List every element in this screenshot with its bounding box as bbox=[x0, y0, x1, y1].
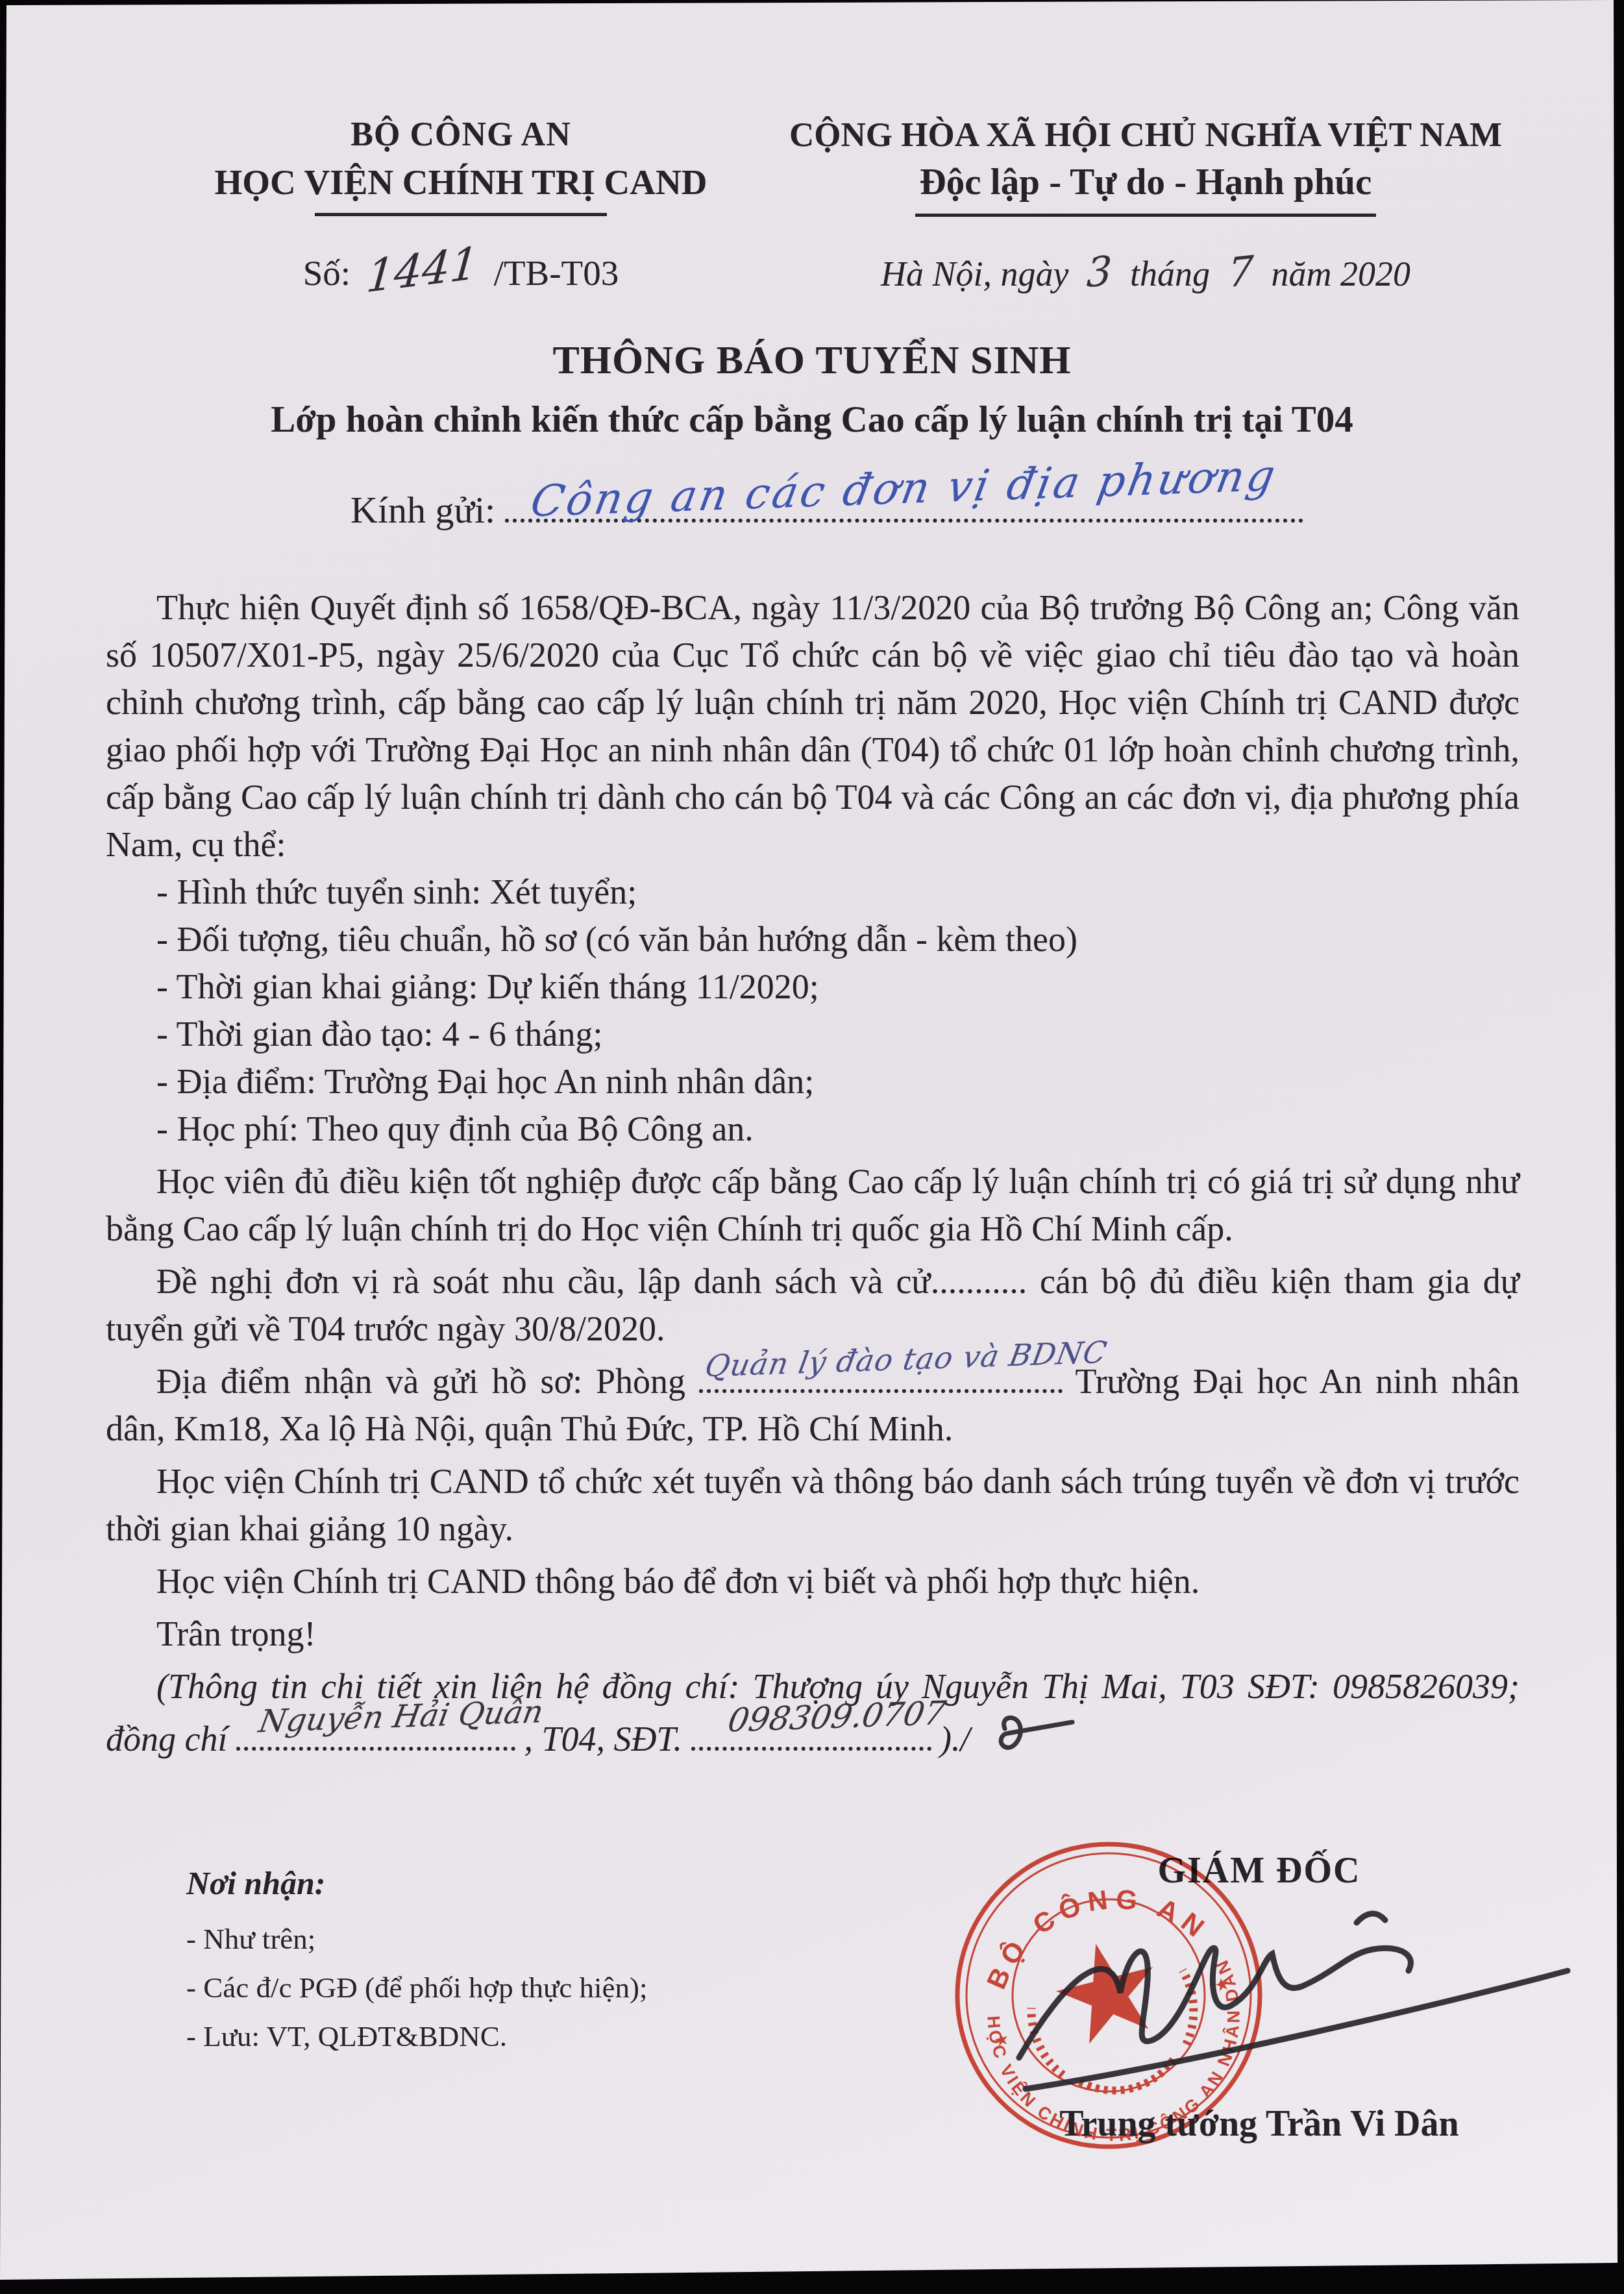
director-ink-signature bbox=[980, 1894, 1616, 2108]
paragraph-1: Thực hiện Quyết định số 1658/QĐ-BCA, ngà… bbox=[106, 584, 1519, 869]
recipients-title: Nơi nhận: bbox=[186, 1864, 648, 1902]
contact-name-dotted-leader: Nguyễn Hải Quân bbox=[236, 1739, 515, 1751]
salutation-line: Kính gửi: Công an các đơn vị địa phương bbox=[351, 488, 1303, 532]
doc-number-label: Số: bbox=[303, 253, 351, 293]
bullet-item: - Học phí: Theo quy định của Bộ Công an. bbox=[106, 1105, 1519, 1153]
ink-flourish-icon bbox=[983, 1710, 1080, 1762]
dateline-part1: Hà Nội, ngày bbox=[881, 254, 1069, 293]
signer-rank-name: Trung tướng Trần Vi Dân bbox=[1000, 2103, 1519, 2145]
scanned-document-page: BỘ CÔNG AN HỌC VIỆN CHÍNH TRỊ CAND Số: 1… bbox=[0, 0, 1624, 2294]
dateline-part2: tháng bbox=[1130, 254, 1210, 293]
issuer-underline bbox=[315, 213, 607, 216]
recipient-item: - Như trên; bbox=[186, 1915, 648, 1964]
page-subtitle: Lớp hoàn chỉnh kiến thức cấp bằng Cao cấ… bbox=[0, 399, 1624, 441]
closing-line: Trân trọng! bbox=[106, 1610, 1519, 1658]
contact-text-2: , T04, SĐT. bbox=[524, 1720, 682, 1758]
national-motto-block: CỘNG HÒA XÃ HỘI CHỦ NGHĨA VIỆT NAM Độc l… bbox=[772, 116, 1519, 295]
salutation-label: Kính gửi: bbox=[351, 489, 495, 531]
recipient-item: - Lưu: VT, QLĐT&BDNC. bbox=[186, 2012, 648, 2061]
contact-phone-dotted-leader: 098309.0707 bbox=[691, 1739, 931, 1751]
issuer-block: BỘ CÔNG AN HỌC VIỆN CHÍNH TRỊ CAND Số: 1… bbox=[162, 116, 759, 296]
dateline-part3: năm 2020 bbox=[1271, 254, 1410, 293]
paragraph-4: Địa điểm nhận và gửi hồ sơ: Phòng Quản l… bbox=[106, 1358, 1519, 1453]
issuer-ministry: BỘ CÔNG AN bbox=[162, 116, 759, 154]
document-number-line: Số: 1441 /TB-T03 bbox=[162, 245, 759, 296]
bullet-item: - Thời gian khai giảng: Dự kiến tháng 11… bbox=[106, 963, 1519, 1011]
slogan-line: Độc lập - Tự do - Hạnh phúc bbox=[772, 161, 1519, 203]
page-title: THÔNG BÁO TUYỂN SINH bbox=[0, 338, 1624, 384]
bullet-item: - Hình thức tuyển sinh: Xét tuyển; bbox=[106, 869, 1519, 916]
dateline-month-handwritten: 7 bbox=[1227, 247, 1254, 297]
doc-number-handwritten: 1441 bbox=[364, 238, 480, 304]
bullet-item: - Địa điểm: Trường Đại học An ninh nhân … bbox=[106, 1058, 1519, 1105]
paragraph-3-blank-dots: ........... bbox=[931, 1262, 1027, 1301]
date-line: Hà Nội, ngày 3 tháng 7 năm 2020 bbox=[772, 248, 1519, 295]
recipient-item: - Các đ/c PGĐ (để phối hợp thực hiện); bbox=[186, 1964, 648, 2012]
document-body: Thực hiện Quyết định số 1658/QĐ-BCA, ngà… bbox=[106, 584, 1519, 1763]
bullet-item: - Đối tượng, tiêu chuẩn, hồ sơ (có văn b… bbox=[106, 916, 1519, 963]
contact-text-3: )./ bbox=[940, 1720, 970, 1758]
paragraph-2: Học viên đủ điều kiện tốt nghiệp được cấ… bbox=[106, 1158, 1519, 1253]
slogan-underline bbox=[915, 214, 1376, 217]
bullet-item: - Thời gian đào tạo: 4 - 6 tháng; bbox=[106, 1011, 1519, 1058]
paragraph-3-text: Đề nghị đơn vị rà soát nhu cầu, lập danh… bbox=[156, 1262, 931, 1301]
paragraph-5: Học viện Chính trị CAND tổ chức xét tuyể… bbox=[106, 1458, 1519, 1553]
contact-info: (Thông tin chi tiết xin liên hệ đồng chí… bbox=[106, 1663, 1519, 1763]
paragraph-4-text: Địa điểm nhận và gửi hồ sơ: Phòng bbox=[156, 1362, 685, 1401]
issuer-agency: HỌC VIỆN CHÍNH TRỊ CAND bbox=[162, 162, 759, 203]
doc-number-suffix: /TB-T03 bbox=[494, 253, 619, 293]
salutation-handwritten: Công an các đơn vị địa phương bbox=[527, 450, 1281, 527]
paragraph-6: Học viện Chính trị CAND thông báo để đơn… bbox=[106, 1558, 1519, 1605]
recipients-block: Nơi nhận: - Như trên; - Các đ/c PGĐ (để … bbox=[186, 1864, 648, 2061]
paper-sheet: BỘ CÔNG AN HỌC VIỆN CHÍNH TRỊ CAND Số: 1… bbox=[0, 0, 1624, 2294]
dateline-day-handwritten: 3 bbox=[1086, 247, 1113, 297]
paragraph-4-dotted-leader: Quản lý đào tạo và BDNC bbox=[699, 1381, 1063, 1393]
contact-phone-handwritten: 098309.0707 bbox=[673, 1690, 949, 1747]
nation-line: CỘNG HÒA XÃ HỘI CHỦ NGHĨA VIỆT NAM bbox=[772, 116, 1519, 154]
salutation-dotted-leader: Công an các đơn vị địa phương bbox=[505, 511, 1303, 523]
